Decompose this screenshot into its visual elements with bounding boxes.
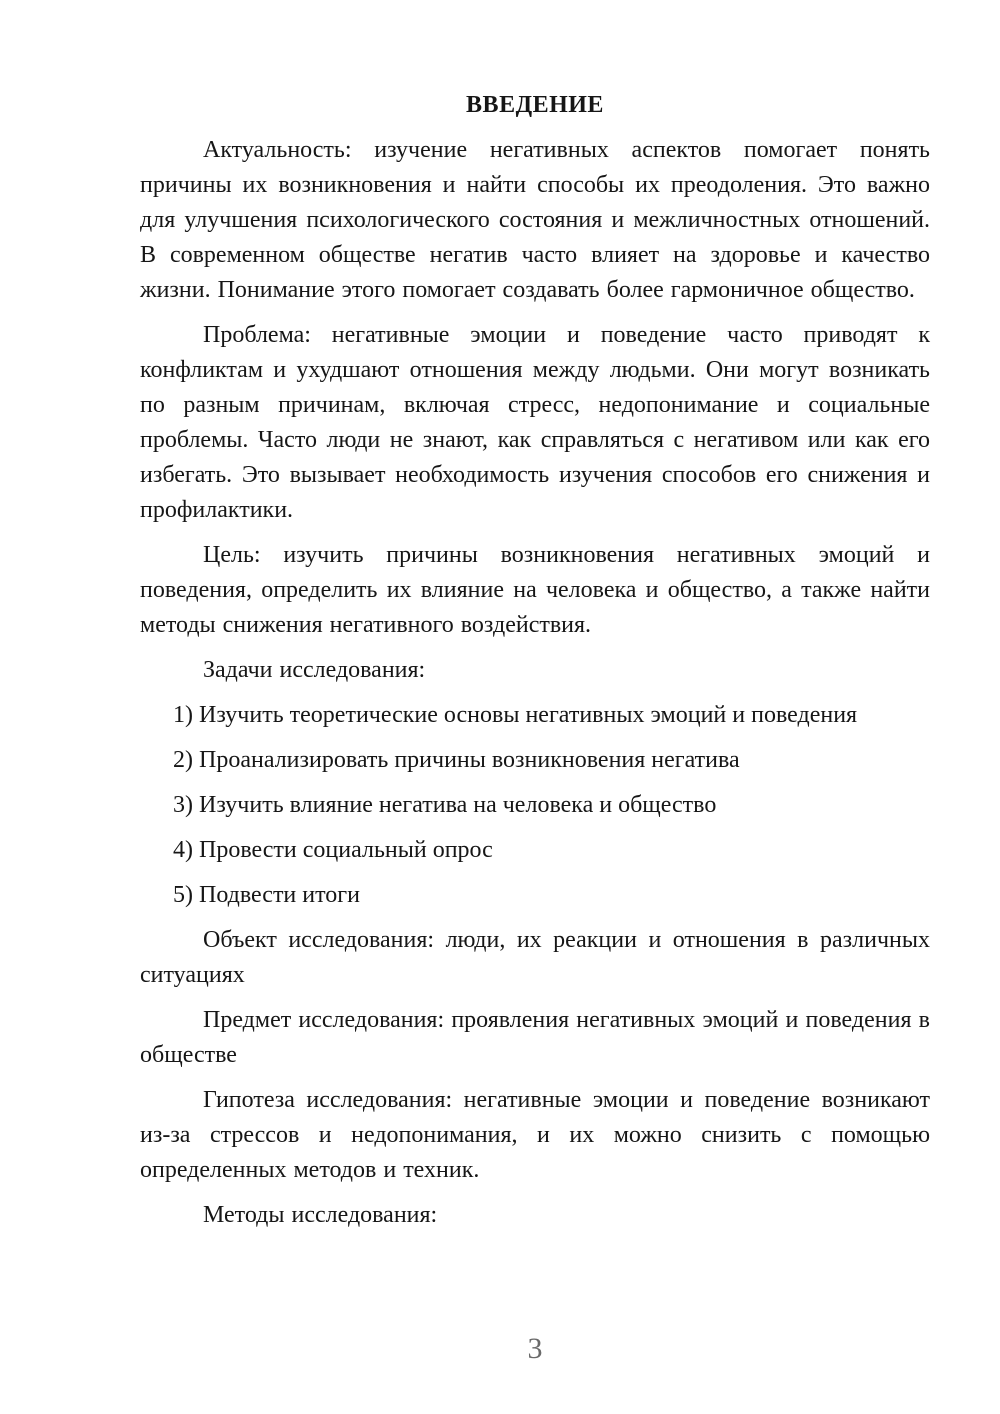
list-item-number: 4) bbox=[173, 837, 193, 863]
list-item: 5) Подвести итоги bbox=[140, 878, 930, 913]
paragraph-subject: Предмет исследования: проявления негатив… bbox=[140, 1003, 930, 1073]
list-item-number: 2) bbox=[173, 747, 193, 773]
paragraph-actuality: Актуальность: изучение негативных аспект… bbox=[140, 133, 930, 308]
page-title: ВВЕДЕНИЕ bbox=[140, 88, 930, 123]
tasks-list: 1) Изучить теоретические основы негативн… bbox=[140, 698, 930, 913]
list-item-text: Проанализировать причины возникновения н… bbox=[199, 747, 740, 773]
list-item: 1) Изучить теоретические основы негативн… bbox=[140, 698, 930, 733]
list-item-number: 5) bbox=[173, 882, 193, 908]
tasks-heading: Задачи исследования: bbox=[140, 653, 930, 688]
list-item-number: 3) bbox=[173, 792, 193, 818]
list-item-text: Подвести итоги bbox=[199, 882, 360, 908]
paragraph-problem: Проблема: негативные эмоции и поведение … bbox=[140, 318, 930, 528]
list-item-number: 1) bbox=[173, 702, 193, 728]
paragraph-hypothesis: Гипотеза исследования: негативные эмоции… bbox=[140, 1083, 930, 1188]
list-item: 2) Проанализировать причины возникновени… bbox=[140, 743, 930, 778]
list-item-text: Изучить влияние негатива на человека и о… bbox=[199, 792, 716, 818]
document-page: ВВЕДЕНИЕ Актуальность: изучение негативн… bbox=[0, 0, 1000, 1414]
paragraph-goal: Цель: изучить причины возникновения нега… bbox=[140, 538, 930, 643]
list-item-text: Изучить теоретические основы негативных … bbox=[199, 702, 857, 728]
paragraph-object: Объект исследования: люди, их реакции и … bbox=[140, 923, 930, 993]
list-item: 3) Изучить влияние негатива на человека … bbox=[140, 788, 930, 823]
page-number: 3 bbox=[140, 1334, 930, 1364]
methods-heading: Методы исследования: bbox=[140, 1198, 930, 1233]
list-item-text: Провести социальный опрос bbox=[199, 837, 493, 863]
list-item: 4) Провести социальный опрос bbox=[140, 833, 930, 868]
